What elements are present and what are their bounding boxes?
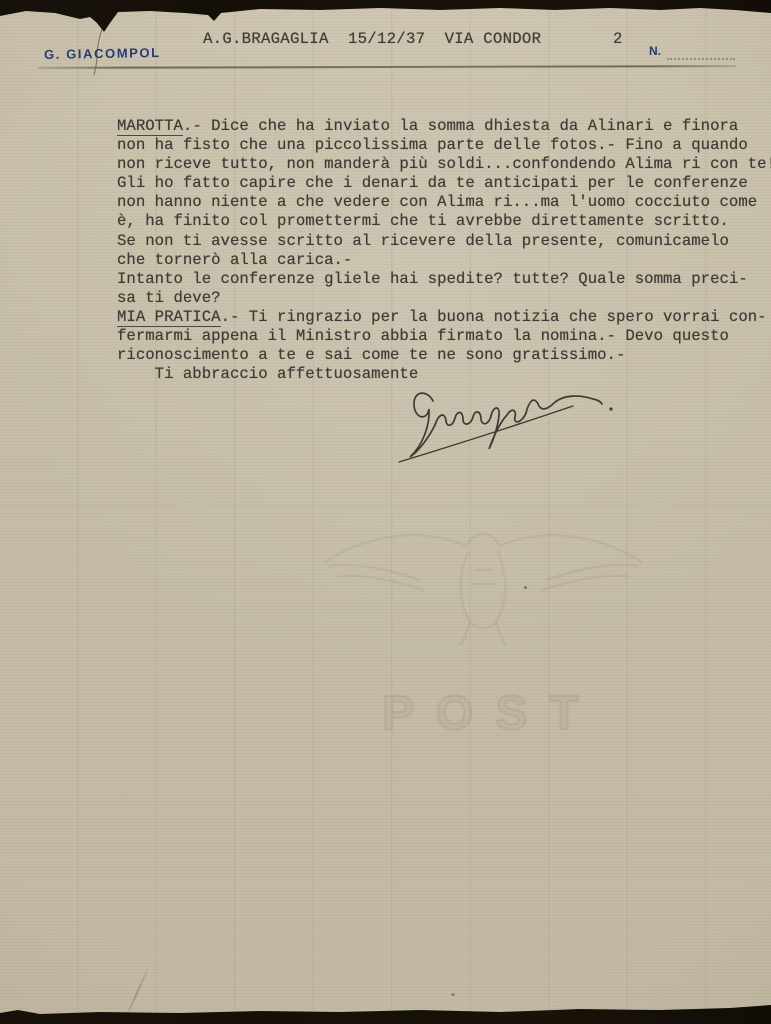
paper-sheet: G. GIACOMPOL A.G.BRAGAGLIA 15/12/37 VIA … (0, 0, 771, 1024)
underlined-heading: MIA PRATICA (117, 308, 221, 327)
typed-line: Intanto le conferenze gliele hai spedite… (117, 270, 771, 289)
typed-line: non hanno niente a che vedere con Alima … (117, 193, 771, 212)
typed-line: Se non ti avesse scritto al ricevere del… (117, 232, 771, 251)
letterhead-name: G. GIACOMPOL (44, 45, 161, 62)
typed-line: non riceve tutto, non manderà più soldi.… (117, 155, 771, 174)
signature-handwriting (395, 383, 625, 468)
fold-crease (0, 505, 771, 507)
typed-line: sa ti deve? (117, 289, 771, 308)
number-label: N. (649, 44, 661, 58)
typed-line: riconoscimento a te e sai come te ne son… (117, 346, 771, 365)
typed-line: MIA PRATICA.- Ti ringrazio per la buona … (117, 308, 771, 327)
number-dotted-line (667, 46, 735, 60)
typed-line: fermarmi appena il Ministro abbia firmat… (117, 327, 771, 346)
typed-line: MAROTTA.- Dice che ha inviato la somma d… (117, 117, 771, 136)
typed-line: non ha fisto che una piccolissima parte … (117, 136, 771, 155)
eagle-watermark-icon (318, 518, 648, 648)
letter-body: MAROTTA.- Dice che ha inviato la somma d… (117, 117, 771, 384)
typed-line: Ti abbraccio affettuosamente (117, 365, 771, 384)
typed-line: è, ha finito col promettermi che ti avre… (117, 212, 771, 231)
page-number: 2 (613, 30, 622, 48)
typed-header-line: A.G.BRAGAGLIA 15/12/37 VIA CONDOR (203, 30, 541, 48)
typed-line: che tornerò alla carica.- (117, 251, 771, 270)
underlined-heading: MAROTTA (117, 117, 183, 136)
stain-speck (451, 993, 455, 996)
scanned-letter-page: G. GIACOMPOL A.G.BRAGAGLIA 15/12/37 VIA … (0, 0, 771, 1024)
typed-line: Gli ho fatto capire che i denari da te a… (117, 174, 771, 193)
post-watermark-text: POST (382, 686, 601, 741)
